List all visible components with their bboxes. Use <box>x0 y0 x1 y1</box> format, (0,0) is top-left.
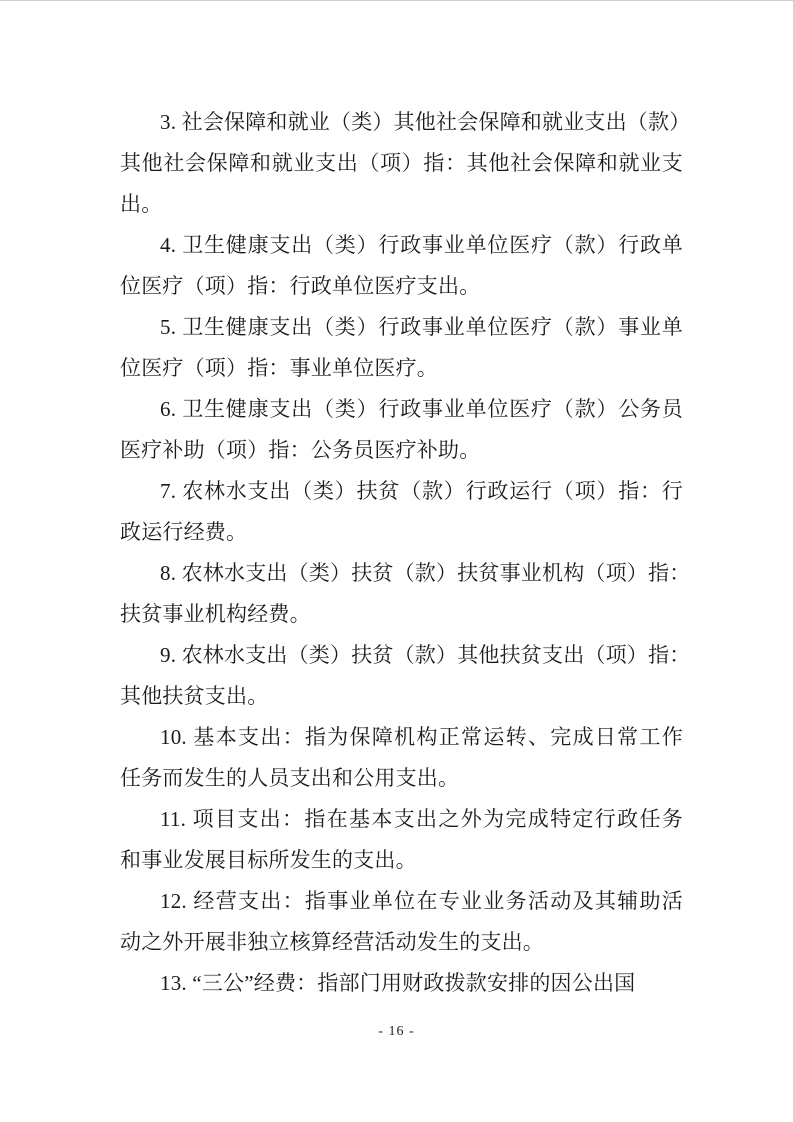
text-line: 10. 基本支出：指为保障机构正常运转、完成日常工作 <box>120 717 683 758</box>
paragraph-item-9: 9. 农林水支出（类）扶贫（款）其他扶贫支出（项）指： 其他扶贫支出。 <box>120 635 683 717</box>
text-line: 位医疗（项）指：行政单位医疗支出。 <box>120 266 683 307</box>
text-line: 医疗补助（项）指：公务员医疗补助。 <box>120 430 683 471</box>
text-line: 其他扶贫支出。 <box>120 676 683 717</box>
page-number: - 16 - <box>0 1022 793 1042</box>
text-line: 9. 农林水支出（类）扶贫（款）其他扶贫支出（项）指： <box>120 635 683 676</box>
text-line: 13. “三公”经费：指部门用财政拨款安排的因公出国 <box>120 963 683 1004</box>
text-line: 其他社会保障和就业支出（项）指：其他社会保障和就业支 <box>120 143 683 184</box>
text-line: 和事业发展目标所发生的支出。 <box>120 840 683 881</box>
text-line: 政运行经费。 <box>120 512 683 553</box>
text-line: 6. 卫生健康支出（类）行政事业单位医疗（款）公务员 <box>120 389 683 430</box>
paragraph-item-13: 13. “三公”经费：指部门用财政拨款安排的因公出国 <box>120 963 683 1004</box>
text-line: 3. 社会保障和就业（类）其他社会保障和就业支出（款） <box>120 102 683 143</box>
text-line: 扶贫事业机构经费。 <box>120 594 683 635</box>
paragraph-item-7: 7. 农林水支出（类）扶贫（款）行政运行（项）指：行 政运行经费。 <box>120 471 683 553</box>
document-page: 3. 社会保障和就业（类）其他社会保障和就业支出（款） 其他社会保障和就业支出（… <box>0 0 793 1122</box>
paragraph-item-8: 8. 农林水支出（类）扶贫（款）扶贫事业机构（项）指： 扶贫事业机构经费。 <box>120 553 683 635</box>
body-text-block: 3. 社会保障和就业（类）其他社会保障和就业支出（款） 其他社会保障和就业支出（… <box>120 102 683 1004</box>
page-top-edge <box>0 0 793 1</box>
paragraph-item-3: 3. 社会保障和就业（类）其他社会保障和就业支出（款） 其他社会保障和就业支出（… <box>120 102 683 225</box>
paragraph-item-10: 10. 基本支出：指为保障机构正常运转、完成日常工作 任务而发生的人员支出和公用… <box>120 717 683 799</box>
text-line: 动之外开展非独立核算经营活动发生的支出。 <box>120 922 683 963</box>
text-line: 11. 项目支出：指在基本支出之外为完成特定行政任务 <box>120 799 683 840</box>
paragraph-item-11: 11. 项目支出：指在基本支出之外为完成特定行政任务 和事业发展目标所发生的支出… <box>120 799 683 881</box>
text-line: 8. 农林水支出（类）扶贫（款）扶贫事业机构（项）指： <box>120 553 683 594</box>
text-line: 出。 <box>120 184 683 225</box>
paragraph-item-4: 4. 卫生健康支出（类）行政事业单位医疗（款）行政单 位医疗（项）指：行政单位医… <box>120 225 683 307</box>
paragraph-item-5: 5. 卫生健康支出（类）行政事业单位医疗（款）事业单 位医疗（项）指：事业单位医… <box>120 307 683 389</box>
text-line: 12. 经营支出：指事业单位在专业业务活动及其辅助活 <box>120 881 683 922</box>
text-line: 4. 卫生健康支出（类）行政事业单位医疗（款）行政单 <box>120 225 683 266</box>
paragraph-item-12: 12. 经营支出：指事业单位在专业业务活动及其辅助活 动之外开展非独立核算经营活… <box>120 881 683 963</box>
text-line: 位医疗（项）指：事业单位医疗。 <box>120 348 683 389</box>
text-line: 5. 卫生健康支出（类）行政事业单位医疗（款）事业单 <box>120 307 683 348</box>
text-line: 7. 农林水支出（类）扶贫（款）行政运行（项）指：行 <box>120 471 683 512</box>
text-line: 任务而发生的人员支出和公用支出。 <box>120 758 683 799</box>
paragraph-item-6: 6. 卫生健康支出（类）行政事业单位医疗（款）公务员 医疗补助（项）指：公务员医… <box>120 389 683 471</box>
